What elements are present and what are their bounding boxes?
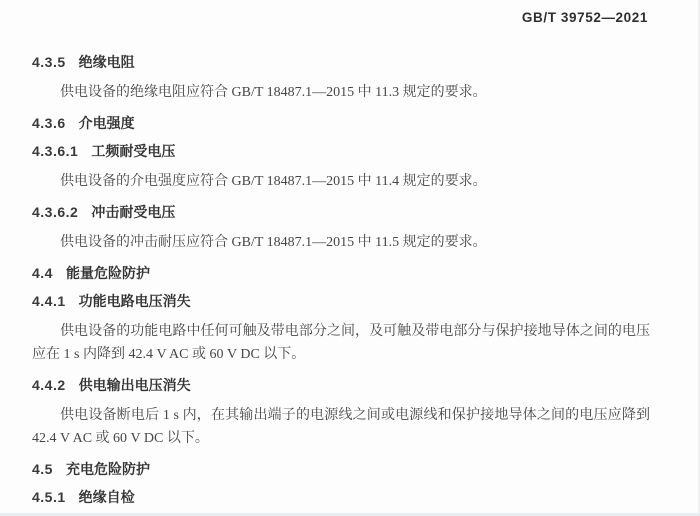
- section-number: 4.5: [32, 461, 53, 477]
- section-number: 4.4: [32, 265, 53, 281]
- section-heading: 4.5充电危险防护: [32, 460, 650, 478]
- section-title: 绝缘自检: [79, 489, 135, 505]
- section-number: 4.3.5: [32, 54, 66, 70]
- section-number: 4.4.2: [32, 377, 66, 393]
- paragraph: 供电设备的冲击耐压应符合 GB/T 18487.1—2015 中 11.5 规定…: [32, 231, 650, 254]
- section-heading: 4.4能量危险防护: [32, 264, 650, 282]
- section-heading: 4.4.1功能电路电压消失: [32, 292, 650, 310]
- document-body: 4.3.5绝缘电阻供电设备的绝缘电阻应符合 GB/T 18487.1—2015 …: [0, 53, 700, 506]
- section-number: 4.3.6.2: [32, 204, 78, 220]
- section-number: 4.3.6.1: [32, 143, 78, 159]
- section-heading: 4.4.2供电输出电压消失: [32, 376, 650, 394]
- paragraph: 供电设备的功能电路中任何可触及带电部分之间，及可触及带电部分与保护接地导体之间的…: [32, 320, 650, 366]
- paragraph: 供电设备断电后 1 s 内，在其输出端子的电源线之间或电源线和保护接地导体之间的…: [32, 404, 650, 450]
- section-heading: 4.3.5绝缘电阻: [32, 53, 650, 71]
- section-title: 充电危险防护: [66, 461, 150, 477]
- sections-container: 4.3.5绝缘电阻供电设备的绝缘电阻应符合 GB/T 18487.1—2015 …: [32, 53, 650, 506]
- paragraph: 供电设备的绝缘电阻应符合 GB/T 18487.1—2015 中 11.3 规定…: [32, 81, 650, 104]
- document-page: GB/T 39752—2021 4.3.5绝缘电阻供电设备的绝缘电阻应符合 GB…: [0, 0, 700, 516]
- standard-number: GB/T 39752—2021: [522, 10, 648, 25]
- section-number: 4.3.6: [32, 115, 66, 131]
- section-number: 4.5.1: [32, 489, 66, 505]
- section-number: 4.4.1: [32, 293, 66, 309]
- section-heading: 4.3.6.2冲击耐受电压: [32, 203, 650, 221]
- section-title: 介电强度: [79, 115, 135, 131]
- section-title: 冲击耐受电压: [91, 204, 175, 220]
- section-heading: 4.5.1绝缘自检: [32, 488, 650, 506]
- page-header: GB/T 39752—2021: [0, 0, 700, 27]
- section-heading: 4.3.6.1工频耐受电压: [32, 142, 650, 160]
- section-title: 工频耐受电压: [91, 143, 175, 159]
- section-title: 绝缘电阻: [79, 54, 135, 70]
- paragraph: 供电设备的介电强度应符合 GB/T 18487.1—2015 中 11.4 规定…: [32, 170, 650, 193]
- section-title: 能量危险防护: [66, 265, 150, 281]
- section-title: 功能电路电压消失: [79, 293, 191, 309]
- section-heading: 4.3.6介电强度: [32, 114, 650, 132]
- section-title: 供电输出电压消失: [79, 377, 191, 393]
